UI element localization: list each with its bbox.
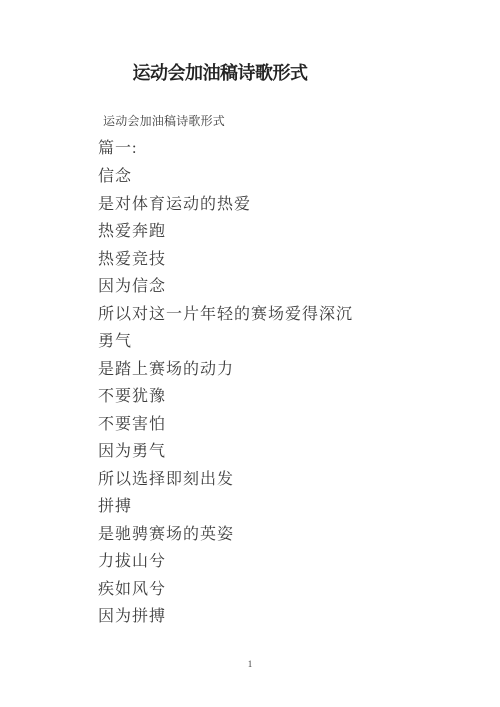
- poem-line: 是对体育运动的热爱: [98, 191, 480, 219]
- poem-line: 不要犹豫: [98, 383, 480, 411]
- section-label: 篇一:: [98, 135, 137, 163]
- poem-line: 信念: [98, 163, 480, 191]
- poem-line: 因为信念: [98, 273, 480, 301]
- document-subtitle: 运动会加油稿诗歌形式: [103, 108, 225, 136]
- poem-line: 不要害怕: [98, 411, 480, 439]
- poem-line: 疾如风兮: [98, 576, 480, 604]
- poem-body: 信念是对体育运动的热爱热爱奔跑热爱竞技因为信念所以对这一片年轻的赛场爱得深沉勇气…: [98, 163, 480, 631]
- poem-line: 是驰骋赛场的英姿: [98, 521, 480, 549]
- poem-line: 热爱竞技: [98, 246, 480, 274]
- poem-line: 是踏上赛场的动力: [98, 356, 480, 384]
- page-number: 1: [0, 651, 500, 679]
- poem-line: 力拔山兮: [98, 548, 480, 576]
- poem-line: 拼搏: [98, 493, 480, 521]
- document-page: 运动会加油稿诗歌形式 运动会加油稿诗歌形式 篇一: 信念是对体育运动的热爱热爱奔…: [0, 0, 500, 707]
- poem-line: 因为拼搏: [98, 603, 480, 631]
- poem-line: 勇气: [98, 328, 480, 356]
- poem-line: 所以选择即刻出发: [98, 466, 480, 494]
- poem-line: 热爱奔跑: [98, 218, 480, 246]
- poem-line: 因为勇气: [98, 438, 480, 466]
- page-title: 运动会加油稿诗歌形式: [0, 58, 440, 88]
- poem-line: 所以对这一片年轻的赛场爱得深沉: [98, 301, 480, 329]
